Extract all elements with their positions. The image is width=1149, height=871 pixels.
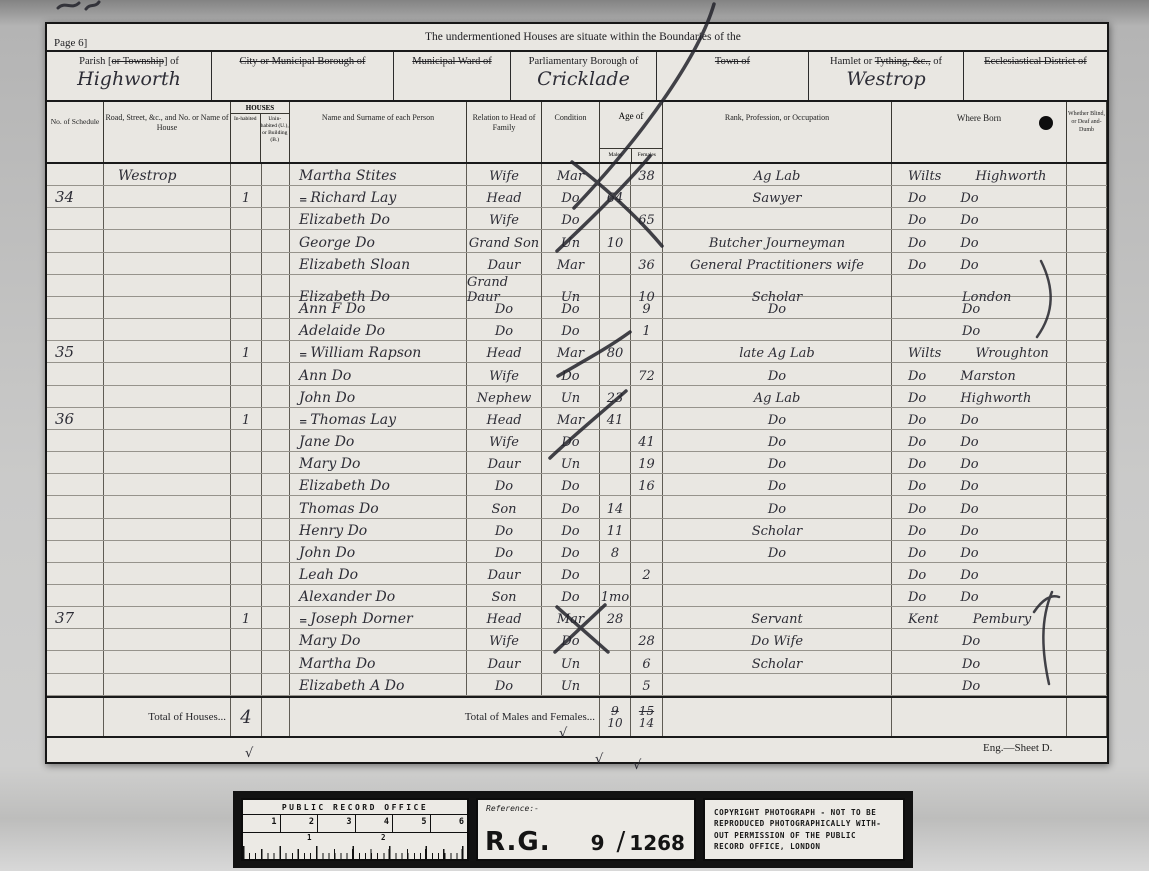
born-cell: Do xyxy=(892,674,1067,695)
table-row: Jane DoWifeDo41DoDo Do xyxy=(47,430,1107,452)
street-cell xyxy=(104,496,231,517)
occupation-cell: Do xyxy=(663,408,892,429)
condition-cell: Do xyxy=(542,297,600,318)
inhabited-cell xyxy=(231,386,262,407)
age-males-cell: 8 xyxy=(600,541,631,562)
location-cell: Parliamentary Borough ofCricklade xyxy=(511,52,657,100)
reference-number: R.G. 9 / 1268 xyxy=(485,827,687,857)
col-header-relation: Relation to Head of Family xyxy=(467,102,542,162)
col-header-name: Name and Surname of each Person xyxy=(290,102,467,162)
table-row: John DoDoDo8DoDo Do xyxy=(47,541,1107,563)
uninhabited-cell xyxy=(262,386,290,407)
uninhabited-cell xyxy=(262,585,290,606)
ruler-inch-number: 2 xyxy=(281,815,319,832)
born-cell: Do Do xyxy=(892,253,1067,274)
total-females-value: 15 14 xyxy=(631,698,663,736)
ruler-inch-number: 6 xyxy=(431,815,468,832)
blind-cell xyxy=(1067,496,1107,517)
relation-cell: Do xyxy=(467,519,542,540)
inhabited-cell xyxy=(231,230,262,251)
total-houses-value: 4 xyxy=(231,698,262,736)
age-females-cell: 72 xyxy=(631,363,663,384)
total-males-corrected: 10 xyxy=(607,717,622,729)
age-females-cell: 2 xyxy=(631,563,663,584)
occupation-cell: Do xyxy=(663,541,892,562)
relation-cell: Wife xyxy=(467,208,542,229)
location-label: Parliamentary Borough of xyxy=(511,55,656,68)
condition-cell: Do xyxy=(542,474,600,495)
relation-cell: Do xyxy=(467,474,542,495)
schedule-cell: 36 xyxy=(47,408,104,429)
street-cell xyxy=(104,541,231,562)
uninhabited-cell xyxy=(262,164,290,185)
condition-cell: Mar xyxy=(542,253,600,274)
condition-cell: Mar xyxy=(542,164,600,185)
reference-series: R.G. xyxy=(485,827,551,857)
schedule-cell xyxy=(47,208,104,229)
col-header-born: Where Born xyxy=(892,102,1067,162)
col-header-uninhabited: Unin-habited (U.), or Building (B.) xyxy=(261,114,290,162)
scanned-census-page: Page 6] The undermentioned Houses are si… xyxy=(0,0,1149,871)
schedule-cell xyxy=(47,474,104,495)
occupation-cell xyxy=(663,319,892,340)
ruler-inch-number: 5 xyxy=(393,815,431,832)
relation-cell: Nephew xyxy=(467,386,542,407)
copyright-line: COPYRIGHT PHOTOGRAPH - NOT TO BE xyxy=(714,807,903,818)
born-cell: Do Highworth xyxy=(892,386,1067,407)
occupation-cell: Ag Lab xyxy=(663,386,892,407)
condition-cell: Do xyxy=(542,541,600,562)
ruler-numbers: 123456 xyxy=(243,815,467,833)
occupation-cell: Scholar xyxy=(663,651,892,672)
totals-empty-cell xyxy=(47,698,104,736)
age-males-cell xyxy=(600,164,631,185)
age-males-cell: 23 xyxy=(600,386,631,407)
inhabited-cell xyxy=(231,563,262,584)
age-males-cell xyxy=(600,297,631,318)
schedule-cell xyxy=(47,297,104,318)
schedule-cell xyxy=(47,386,104,407)
age-females-cell xyxy=(631,408,663,429)
schedule-cell: 37 xyxy=(47,607,104,628)
street-cell xyxy=(104,585,231,606)
household-mark: = xyxy=(299,417,307,428)
uninhabited-cell xyxy=(262,253,290,274)
checkmark: √ xyxy=(595,752,603,767)
street-cell xyxy=(104,253,231,274)
table-row: Adelaide DoDoDo1Do xyxy=(47,319,1107,341)
age-males-cell: 10 xyxy=(600,230,631,251)
table-body: WestropMartha StitesWifeMar38Ag LabWilts… xyxy=(47,164,1107,696)
reference-label: Reference:- xyxy=(478,800,694,813)
relation-cell: Daur xyxy=(467,651,542,672)
schedule-cell xyxy=(47,230,104,251)
blind-cell xyxy=(1067,651,1107,672)
table-row: 351=William RapsonHeadMar80late Ag LabWi… xyxy=(47,341,1107,363)
name-cell: Mary Do xyxy=(290,629,467,650)
name-cell: =Richard Lay xyxy=(290,186,467,207)
location-header: Parish [or Township] ofHighworthCity or … xyxy=(47,50,1107,102)
col-header-road: Road, Street, &c., and No. or Name of Ho… xyxy=(104,102,231,162)
relation-cell: Head xyxy=(467,341,542,362)
inhabited-cell: 1 xyxy=(231,607,262,628)
age-males-cell: 41 xyxy=(600,408,631,429)
born-cell: Do Do xyxy=(892,474,1067,495)
reference-piece: 9 xyxy=(591,831,605,855)
totals-empty-cell xyxy=(1067,698,1107,736)
relation-cell: Do xyxy=(467,541,542,562)
schedule-cell xyxy=(47,164,104,185)
relation-cell: Head xyxy=(467,607,542,628)
age-females-cell: 9 xyxy=(631,297,663,318)
occupation-cell: Butcher Journeyman xyxy=(663,230,892,251)
blind-cell xyxy=(1067,164,1107,185)
street-cell xyxy=(104,629,231,650)
pro-office-title: PUBLIC RECORD OFFICE xyxy=(243,800,467,815)
reference-item: 1268 xyxy=(629,831,685,855)
table-row: WestropMartha StitesWifeMar38Ag LabWilts… xyxy=(47,164,1107,186)
table-row: 371=Joseph DornerHeadMar28ServantKent Pe… xyxy=(47,607,1107,629)
age-males-cell: 64 xyxy=(600,186,631,207)
age-females-cell: 5 xyxy=(631,674,663,695)
age-females-cell xyxy=(631,230,663,251)
schedule-cell xyxy=(47,629,104,650)
inhabited-cell xyxy=(231,253,262,274)
condition-cell: Do xyxy=(542,585,600,606)
condition-cell: Un xyxy=(542,230,600,251)
born-cell: Do Do xyxy=(892,563,1067,584)
blind-cell xyxy=(1067,607,1107,628)
occupation-cell: Do xyxy=(663,430,892,451)
uninhabited-cell xyxy=(262,341,290,362)
inhabited-cell xyxy=(231,674,262,695)
blind-cell xyxy=(1067,452,1107,473)
relation-cell: Head xyxy=(467,408,542,429)
inhabited-cell xyxy=(231,496,262,517)
age-females-cell xyxy=(631,585,663,606)
inhabited-cell xyxy=(231,430,262,451)
schedule-cell xyxy=(47,430,104,451)
name-cell: =William Rapson xyxy=(290,341,467,362)
inhabited-cell xyxy=(231,474,262,495)
table-row: 341=Richard LayHeadDo64SawyerDo Do xyxy=(47,186,1107,208)
blind-cell xyxy=(1067,186,1107,207)
blind-cell xyxy=(1067,430,1107,451)
name-cell: Martha Stites xyxy=(290,164,467,185)
inhabited-cell xyxy=(231,585,262,606)
condition-cell: Do xyxy=(542,519,600,540)
table-row: Elizabeth DoGrand DaurUn10ScholarLondon xyxy=(47,275,1107,297)
table-row: Ann F DoDoDo9DoDo xyxy=(47,297,1107,319)
location-label: Hamlet or Tything, &c., of xyxy=(809,55,963,68)
born-cell: Do xyxy=(892,319,1067,340)
age-males-cell: 28 xyxy=(600,607,631,628)
occupation-cell: Scholar xyxy=(663,519,892,540)
blind-cell xyxy=(1067,386,1107,407)
born-cell: Do Do xyxy=(892,585,1067,606)
age-females-cell xyxy=(631,496,663,517)
condition-cell: Un xyxy=(542,651,600,672)
name-cell: Henry Do xyxy=(290,519,467,540)
table-row: Elizabeth A DoDoUn5Do xyxy=(47,674,1107,696)
location-label: Parish [or Township] of xyxy=(47,55,211,68)
age-males-cell: 80 xyxy=(600,341,631,362)
relation-cell: Daur xyxy=(467,253,542,274)
location-cell: City or Municipal Borough of xyxy=(212,52,394,100)
condition-cell: Un xyxy=(542,386,600,407)
boundaries-note: The undermentioned Houses are situate wi… xyxy=(425,31,741,43)
condition-cell: Un xyxy=(542,674,600,695)
household-mark: = xyxy=(299,616,307,627)
relation-cell: Wife xyxy=(467,363,542,384)
total-females-struck: 15 xyxy=(639,706,654,717)
name-cell: =Thomas Lay xyxy=(290,408,467,429)
age-females-cell: 19 xyxy=(631,452,663,473)
street-cell xyxy=(104,452,231,473)
condition-cell: Do xyxy=(542,186,600,207)
occupation-cell: Ag Lab xyxy=(663,164,892,185)
age-females-cell xyxy=(631,519,663,540)
occupation-cell: Do xyxy=(663,363,892,384)
age-females-cell: 65 xyxy=(631,208,663,229)
blind-cell xyxy=(1067,208,1107,229)
location-cell: Ecclesiastical District of xyxy=(964,52,1107,100)
name-cell: Martha Do xyxy=(290,651,467,672)
location-label: Town of xyxy=(657,55,808,68)
occupation-cell xyxy=(663,208,892,229)
page-number: Page 6] xyxy=(54,37,87,49)
relation-cell: Daur xyxy=(467,563,542,584)
schedule-cell xyxy=(47,319,104,340)
occupation-cell: Do xyxy=(663,297,892,318)
table-row: Leah DoDaurDo2Do Do xyxy=(47,563,1107,585)
inhabited-cell xyxy=(231,164,262,185)
inhabited-cell xyxy=(231,297,262,318)
relation-cell: Do xyxy=(467,297,542,318)
col-header-rank: Rank, Profession, or Occupation xyxy=(663,102,892,162)
relation-cell: Wife xyxy=(467,430,542,451)
schedule-cell xyxy=(47,452,104,473)
occupation-cell xyxy=(663,585,892,606)
location-label: City or Municipal Borough of xyxy=(212,55,393,68)
total-males-struck: 9 xyxy=(611,706,619,717)
age-females-cell: 16 xyxy=(631,474,663,495)
born-cell: Do Do xyxy=(892,408,1067,429)
age-males-cell xyxy=(600,253,631,274)
relation-cell: Head xyxy=(467,186,542,207)
occupation-cell: General Practitioners wife xyxy=(663,253,892,274)
name-cell: Elizabeth A Do xyxy=(290,674,467,695)
blind-cell xyxy=(1067,674,1107,695)
reference-slash: / xyxy=(617,827,626,857)
born-cell: Do Do xyxy=(892,430,1067,451)
street-cell xyxy=(104,474,231,495)
inhabited-cell xyxy=(231,541,262,562)
uninhabited-cell xyxy=(262,452,290,473)
relation-cell: Do xyxy=(467,319,542,340)
table-row: George DoGrand SonUn10Butcher Journeyman… xyxy=(47,230,1107,252)
condition-cell: Do xyxy=(542,430,600,451)
name-cell: Adelaide Do xyxy=(290,319,467,340)
uninhabited-cell xyxy=(262,230,290,251)
street-cell xyxy=(104,208,231,229)
street-cell xyxy=(104,607,231,628)
table-row: Thomas DoSonDo14DoDo Do xyxy=(47,496,1107,518)
total-houses-label: Total of Houses... xyxy=(104,698,231,736)
age-males-cell xyxy=(600,474,631,495)
street-cell xyxy=(104,674,231,695)
born-cell: Do Do xyxy=(892,519,1067,540)
age-females-cell xyxy=(631,341,663,362)
location-label: Municipal Ward of xyxy=(394,55,510,68)
condition-cell: Do xyxy=(542,496,600,517)
pro-ruler-box: PUBLIC RECORD OFFICE 123456 1 2 xyxy=(241,798,469,861)
name-cell: Ann Do xyxy=(290,363,467,384)
age-males-cell xyxy=(600,563,631,584)
uninhabited-cell xyxy=(262,541,290,562)
street-cell: Westrop xyxy=(104,164,231,185)
name-cell: Alexander Do xyxy=(290,585,467,606)
schedule-cell xyxy=(47,363,104,384)
occupation-cell: Do Wife xyxy=(663,629,892,650)
name-cell: Thomas Do xyxy=(290,496,467,517)
relation-cell: Son xyxy=(467,496,542,517)
street-cell xyxy=(104,408,231,429)
totals-empty-cell xyxy=(663,698,892,736)
born-cell: Kent Pembury xyxy=(892,607,1067,628)
uninhabited-cell xyxy=(262,430,290,451)
uninhabited-cell xyxy=(262,496,290,517)
col-header-condition: Condition xyxy=(542,102,600,162)
blind-cell xyxy=(1067,585,1107,606)
inhabited-cell xyxy=(231,363,262,384)
age-males-cell xyxy=(600,363,631,384)
condition-cell: Do xyxy=(542,363,600,384)
col-header-houses: HOUSES xyxy=(231,102,289,114)
born-cell: Do Do xyxy=(892,452,1067,473)
street-cell xyxy=(104,297,231,318)
condition-cell: Do xyxy=(542,563,600,584)
schedule-cell xyxy=(47,541,104,562)
street-cell xyxy=(104,341,231,362)
table-row: Mary DoWifeDo28Do WifeDo xyxy=(47,629,1107,651)
name-cell: Mary Do xyxy=(290,452,467,473)
relation-cell: Wife xyxy=(467,629,542,650)
born-cell: Do Marston xyxy=(892,363,1067,384)
location-cell: Hamlet or Tything, &c., ofWestrop xyxy=(809,52,964,100)
table-row: Elizabeth DoDoDo16DoDo Do xyxy=(47,474,1107,496)
table-header: No. of Schedule Road, Street, &c., and N… xyxy=(47,102,1107,164)
table-row: John DoNephewUn23Ag LabDo Highworth xyxy=(47,386,1107,408)
age-females-cell: 36 xyxy=(631,253,663,274)
copyright-line: OUT PERMISSION OF THE PUBLIC xyxy=(714,830,903,841)
schedule-cell: 35 xyxy=(47,341,104,362)
blind-cell xyxy=(1067,341,1107,362)
location-cell: Town of xyxy=(657,52,809,100)
condition-cell: Do xyxy=(542,319,600,340)
location-value: Cricklade xyxy=(511,68,656,90)
blind-cell xyxy=(1067,408,1107,429)
uninhabited-cell xyxy=(262,651,290,672)
blind-cell xyxy=(1067,541,1107,562)
condition-cell: Mar xyxy=(542,408,600,429)
table-row: Henry DoDoDo11ScholarDo Do xyxy=(47,519,1107,541)
schedule-cell xyxy=(47,496,104,517)
name-cell: John Do xyxy=(290,386,467,407)
ruler-sub-label: 1 xyxy=(307,833,312,842)
ruler-sub-label: 2 xyxy=(381,833,386,842)
condition-cell: Mar xyxy=(542,607,600,628)
schedule-cell xyxy=(47,674,104,695)
inhabited-cell: 1 xyxy=(231,186,262,207)
name-cell: Elizabeth Do xyxy=(290,474,467,495)
household-mark: = xyxy=(299,195,307,206)
reference-box: Reference:- R.G. 9 / 1268 xyxy=(476,798,696,861)
table-row: Ann DoWifeDo72DoDo Marston xyxy=(47,363,1107,385)
ruler-inch-number: 4 xyxy=(356,815,394,832)
schedule-cell xyxy=(47,651,104,672)
ruler-inch-number: 3 xyxy=(318,815,356,832)
col-header-houses-group: HOUSES In-habited Unin-habited (U.), or … xyxy=(231,102,290,162)
born-cell: Do Do xyxy=(892,208,1067,229)
age-males-cell xyxy=(600,452,631,473)
name-cell: Leah Do xyxy=(290,563,467,584)
condition-cell: Do xyxy=(542,208,600,229)
total-males-value: 9 10 xyxy=(600,698,631,736)
born-cell: Wilts Wroughton xyxy=(892,341,1067,362)
schedule-cell xyxy=(47,563,104,584)
age-males-cell xyxy=(600,430,631,451)
table-row: Alexander DoSonDo1moDo Do xyxy=(47,585,1107,607)
relation-cell: Grand Son xyxy=(467,230,542,251)
schedule-cell: 34 xyxy=(47,186,104,207)
copyright-box: COPYRIGHT PHOTOGRAPH - NOT TO BE REPRODU… xyxy=(703,798,905,861)
age-males-cell: 11 xyxy=(600,519,631,540)
name-cell: George Do xyxy=(290,230,467,251)
col-header-born-label: Where Born xyxy=(957,113,1001,123)
totals-empty-cell xyxy=(892,698,1067,736)
sheet-label: Eng.—Sheet D. xyxy=(983,742,1052,754)
total-mf-label: Total of Males and Females... xyxy=(290,698,600,736)
relation-cell: Wife xyxy=(467,164,542,185)
uninhabited-cell xyxy=(262,519,290,540)
col-header-females: Females xyxy=(632,149,663,162)
occupation-cell: late Ag Lab xyxy=(663,341,892,362)
born-cell: Do xyxy=(892,629,1067,650)
location-cell: Municipal Ward of xyxy=(394,52,511,100)
inhabited-cell xyxy=(231,651,262,672)
occupation-cell: Do xyxy=(663,474,892,495)
uninhabited-cell xyxy=(262,674,290,695)
born-cell: Do Do xyxy=(892,496,1067,517)
checkmark: √ xyxy=(633,758,641,773)
age-females-cell: 38 xyxy=(631,164,663,185)
inhabited-cell xyxy=(231,452,262,473)
table-row: Mary DoDaurUn19DoDo Do xyxy=(47,452,1107,474)
inhabited-cell xyxy=(231,208,262,229)
age-females-cell xyxy=(631,607,663,628)
age-males-cell xyxy=(600,319,631,340)
ruler-inch-number: 1 xyxy=(243,815,281,832)
inhabited-cell xyxy=(231,629,262,650)
blind-cell xyxy=(1067,474,1107,495)
inhabited-cell: 1 xyxy=(231,408,262,429)
blind-cell xyxy=(1067,230,1107,251)
checkmark: √ xyxy=(245,746,253,761)
location-value: Westrop xyxy=(809,68,963,90)
age-males-cell xyxy=(600,629,631,650)
table-row: Elizabeth SloanDaurMar36General Practiti… xyxy=(47,253,1107,275)
